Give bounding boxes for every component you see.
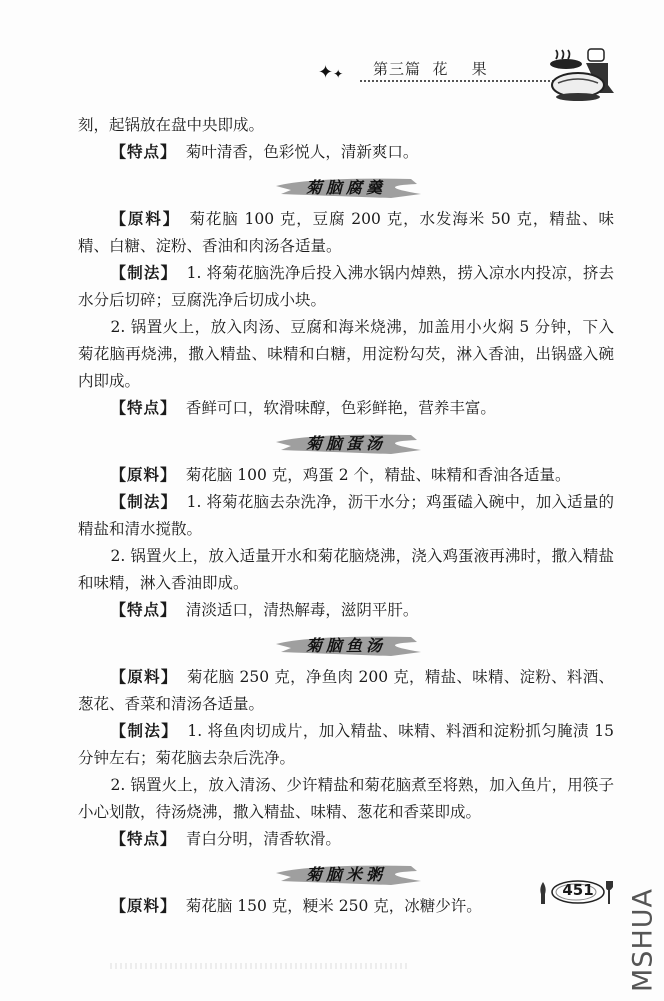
ingredients-label: 【原料】 xyxy=(111,668,178,686)
method-step-2: 2. 锅置火上，放入适量开水和菊花脑烧沸，浇入鸡蛋液再沸时，撒入精盐和味精，淋入… xyxy=(78,543,614,597)
ingredients-paragraph: 【原料】菊花脑 250 克，净鱼肉 200 克，精盐、味精、淀粉、料酒、葱花、香… xyxy=(78,664,614,718)
recipe-title-banner: 菊脑鱼汤 xyxy=(78,622,614,668)
feature-label: 【特点】 xyxy=(111,830,177,848)
feature-paragraph: 【特点】青白分明，清香软滑。 xyxy=(78,826,614,853)
continuation-text: 刻，起锅放在盘中央即成。 xyxy=(78,112,614,139)
method-label: 【制法】 xyxy=(111,493,178,511)
recipe-title: 菊脑腐羹 xyxy=(306,174,386,201)
feature-text: 青白分明，清香软滑。 xyxy=(186,830,341,848)
feature-text: 香鲜可口，软滑味醇，色彩鲜艳，营养丰富。 xyxy=(186,399,496,417)
recipe-title: 菊脑蛋汤 xyxy=(306,430,386,457)
page-number-badge: 451 xyxy=(540,878,615,906)
page-body: 刻，起锅放在盘中央即成。 【特点】菊叶清香，色彩悦人，清新爽口。 菊脑腐羹 【原… xyxy=(78,112,614,920)
ingredients-label: 【原料】 xyxy=(111,210,181,228)
recipe-title-banner: 菊脑米粥 xyxy=(78,851,614,897)
ingredients-paragraph: 【原料】菊花脑 100 克，豆腐 200 克，水发海米 50 克，精盐、味精、白… xyxy=(78,206,614,260)
feature-paragraph: 【特点】香鲜可口，软滑味醇，色彩鲜艳，营养丰富。 xyxy=(78,395,614,422)
recipe-title-banner: 菊脑蛋汤 xyxy=(78,420,614,466)
feature-paragraph: 【特点】菊叶清香，色彩悦人，清新爽口。 xyxy=(78,139,614,166)
feature-label: 【特点】 xyxy=(111,143,177,161)
feature-label: 【特点】 xyxy=(111,399,177,417)
ingredients-paragraph: 【原料】菊花脑 100 克，鸡蛋 2 个，精盐、味精和香油各适量。 xyxy=(78,462,614,489)
method-label: 【制法】 xyxy=(111,264,178,282)
ingredients-text: 菊花脑 150 克，粳米 250 克，冰糖少许。 xyxy=(186,897,482,915)
ingredients-text: 菊花脑 100 克，鸡蛋 2 个，精盐、味精和香油各适量。 xyxy=(186,466,571,484)
feature-text: 菊叶清香，色彩悦人，清新爽口。 xyxy=(186,143,419,161)
recipe-title: 菊脑鱼汤 xyxy=(306,632,386,659)
method-step-2: 2. 锅置火上，放入清汤、少许精盐和菊花脑煮至将熟，加入鱼片，用筷子小心划散，待… xyxy=(78,772,614,826)
feature-paragraph: 【特点】清淡适口，清热解毒，滋阴平肝。 xyxy=(78,597,614,624)
feature-label: 【特点】 xyxy=(111,601,177,619)
method-step-1: 【制法】1. 将菊花脑洗净后投入沸水锅内焯熟，捞入凉水内投凉，挤去水分后切碎；豆… xyxy=(78,260,614,314)
ingredients-label: 【原料】 xyxy=(111,466,177,484)
ingredients-paragraph: 【原料】菊花脑 150 克，粳米 250 克，冰糖少许。 xyxy=(78,893,614,920)
ingredients-label: 【原料】 xyxy=(111,897,177,915)
sparkle-stars-icon: ✦✦ xyxy=(318,64,343,83)
watermark: MSHUA xyxy=(628,885,658,995)
recipe-title: 菊脑米粥 xyxy=(306,861,386,888)
dotted-rule xyxy=(360,80,558,82)
scan-artifact xyxy=(110,963,410,969)
method-label: 【制法】 xyxy=(111,722,179,740)
feature-text: 清淡适口，清热解毒，滋阴平肝。 xyxy=(186,601,419,619)
method-step-1: 【制法】1. 将鱼肉切成片，加入精盐、味精、料酒和淀粉抓匀腌渍 15 分钟左右；… xyxy=(78,718,614,772)
chapter-title: 第三篇 花 果 xyxy=(373,58,488,79)
method-step-1: 【制法】1. 将菊花脑去杂洗净，沥干水分；鸡蛋磕入碗中，加入适量的精盐和清水搅散… xyxy=(78,489,614,543)
watermark-text: MSHUA xyxy=(628,888,659,992)
recipe-title-banner: 菊脑腐羹 xyxy=(78,164,614,210)
chef-illustration-icon xyxy=(548,45,618,105)
running-header: ✦✦ 第三篇 花 果 xyxy=(318,52,558,92)
page-number: 451 xyxy=(560,881,596,899)
method-step-2: 2. 锅置火上，放入肉汤、豆腐和海米烧沸，加盖用小火焖 5 分钟，下入菊花脑再烧… xyxy=(78,314,614,395)
